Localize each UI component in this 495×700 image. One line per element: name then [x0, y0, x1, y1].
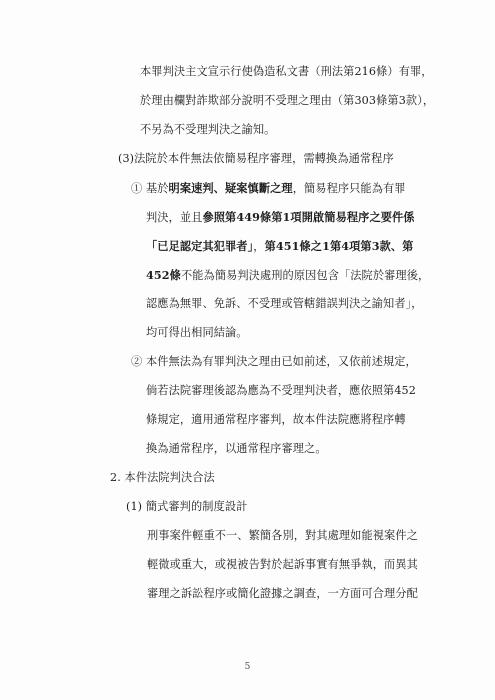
text-segment: 換為通常程序，以通常程序審理之。 [146, 442, 327, 455]
bold-text-segment: 452條 [146, 268, 181, 282]
text-segment: 不能為簡易判決處刑的原因包含「法院於審理後， [181, 269, 429, 282]
text-line: 刑事案件輕重不一、繁簡各別，對其處理如能視案件之 [147, 529, 418, 543]
text-line: 判決，並且參照第449條第1項開啟簡易程序之要件係 [146, 210, 415, 225]
text-line: 倘若法院審理後認為應為不受理判決者，應依照第452 [146, 384, 416, 398]
text-segment: ① 基於 [131, 182, 169, 195]
page-number: 5 [0, 661, 495, 673]
text-segment: 2. 本件法院判決合法 [110, 471, 215, 484]
text-segment: 刑事案件輕重不一、繁簡各別，對其處理如能視案件之 [147, 529, 418, 542]
text-segment: ，簡易程序只能為有罪 [293, 182, 406, 195]
text-line: 認應為無罪、免訴、不受理或管轄錯誤判決之諭知者」， [146, 297, 423, 311]
bold-text-segment: 「已足認定其犯罪者」 [146, 239, 253, 253]
text-line: 「已足認定其犯罪者」，第451條之1第4項第3款、第 [146, 239, 413, 254]
text-line: 輕微或重大，或視被告對於起訴事實有無爭執，而異其 [147, 558, 418, 572]
text-segment: (1) 簡式審判的制度設計 [126, 500, 247, 513]
text-segment: 本罪判決主文宣示行使偽造私文書（刑法第216條）有罪， [140, 65, 433, 78]
text-line: 條規定，適用通常程序審判，故本件法院應將程序轉 [146, 413, 406, 427]
text-line: 均可得出相同結論。 [146, 326, 248, 340]
text-line: (3)法院於本件無法依簡易程序審理，需轉換為通常程序 [118, 152, 394, 166]
document-body: 本罪判決主文宣示行使偽造私文書（刑法第216條）有罪，於理由欄對詐欺部分說明不受… [0, 0, 495, 700]
text-segment: ， [253, 240, 264, 253]
text-line: 452條不能為簡易判決處刑的原因包含「法院於審理後， [146, 268, 429, 283]
text-segment: 條規定，適用通常程序審判，故本件法院應將程序轉 [146, 413, 406, 426]
text-segment: 輕微或重大，或視被告對於起訴事實有無爭執，而異其 [147, 558, 418, 571]
text-line: 2. 本件法院判決合法 [110, 471, 215, 485]
bold-text-segment: 參照第449條第1項開啟簡易程序之要件係 [202, 210, 414, 224]
text-segment: (3)法院於本件無法依簡易程序審理，需轉換為通常程序 [118, 152, 394, 165]
text-line: (1) 簡式審判的制度設計 [126, 500, 247, 514]
text-segment: 於理由欄對詐欺部分說明不受理之理由（第303條第3款）， [140, 94, 434, 107]
bold-text-segment: 明案速判、疑案慎斷之理 [169, 181, 293, 195]
document-page: 本罪判決主文宣示行使偽造私文書（刑法第216條）有罪，於理由欄對詐欺部分說明不受… [0, 0, 495, 700]
text-line: ① 基於明案速判、疑案慎斷之理，簡易程序只能為有罪 [131, 181, 406, 196]
text-line: 於理由欄對詐欺部分說明不受理之理由（第303條第3款）， [140, 94, 434, 108]
text-line: 審理之訴訟程序或簡化證據之調查，一方面可合理分配 [147, 587, 418, 601]
text-segment: 不另為不受理判決之諭知。 [140, 123, 275, 136]
text-segment: 均可得出相同結論。 [146, 326, 248, 339]
text-line: 本罪判決主文宣示行使偽造私文書（刑法第216條）有罪， [140, 65, 433, 79]
text-line: ② 本件無法為有罪判決之理由已如前述，又依前述規定， [131, 355, 417, 369]
text-line: 不另為不受理判決之諭知。 [140, 123, 275, 137]
text-segment: 判決，並且 [146, 211, 202, 224]
text-line: 換為通常程序，以通常程序審理之。 [146, 442, 327, 456]
text-segment: 倘若法院審理後認為應為不受理判決者，應依照第452 [146, 384, 416, 397]
text-segment: 審理之訴訟程序或簡化證據之調查，一方面可合理分配 [147, 587, 418, 600]
text-segment: ② 本件無法為有罪判決之理由已如前述，又依前述規定， [131, 355, 417, 368]
text-segment: 認應為無罪、免訴、不受理或管轄錯誤判決之諭知者」， [146, 297, 423, 310]
bold-text-segment: 第451條之1第4項第3款、第 [265, 239, 414, 253]
